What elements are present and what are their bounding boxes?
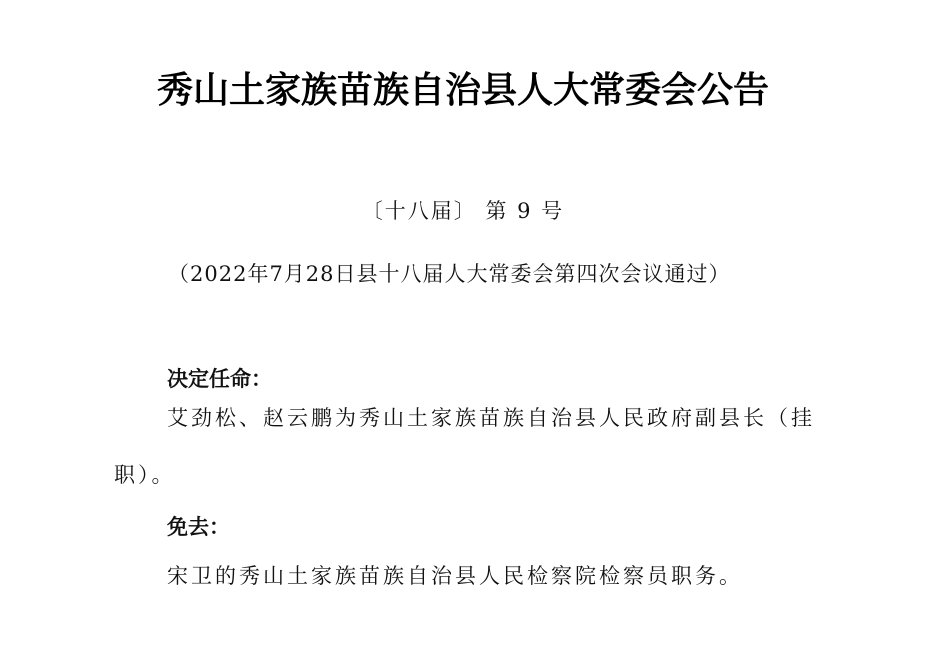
- removal-text: 宋卫的秀山土家族苗族自治县人民检察院检察员职务。: [114, 548, 834, 605]
- appointment-text: 艾劲松、赵云鹏为秀山土家族苗族自治县人民政府副县长（挂职）。: [114, 390, 834, 504]
- document-number: 〔十八届〕 第 9 号: [0, 196, 926, 226]
- announcement-title: 秀山土家族苗族自治县人大常委会公告: [0, 66, 926, 116]
- removal-heading: 免去：: [167, 512, 230, 542]
- passed-note: （2022年7月28日县十八届人大常委会第四次会议通过）: [168, 258, 848, 290]
